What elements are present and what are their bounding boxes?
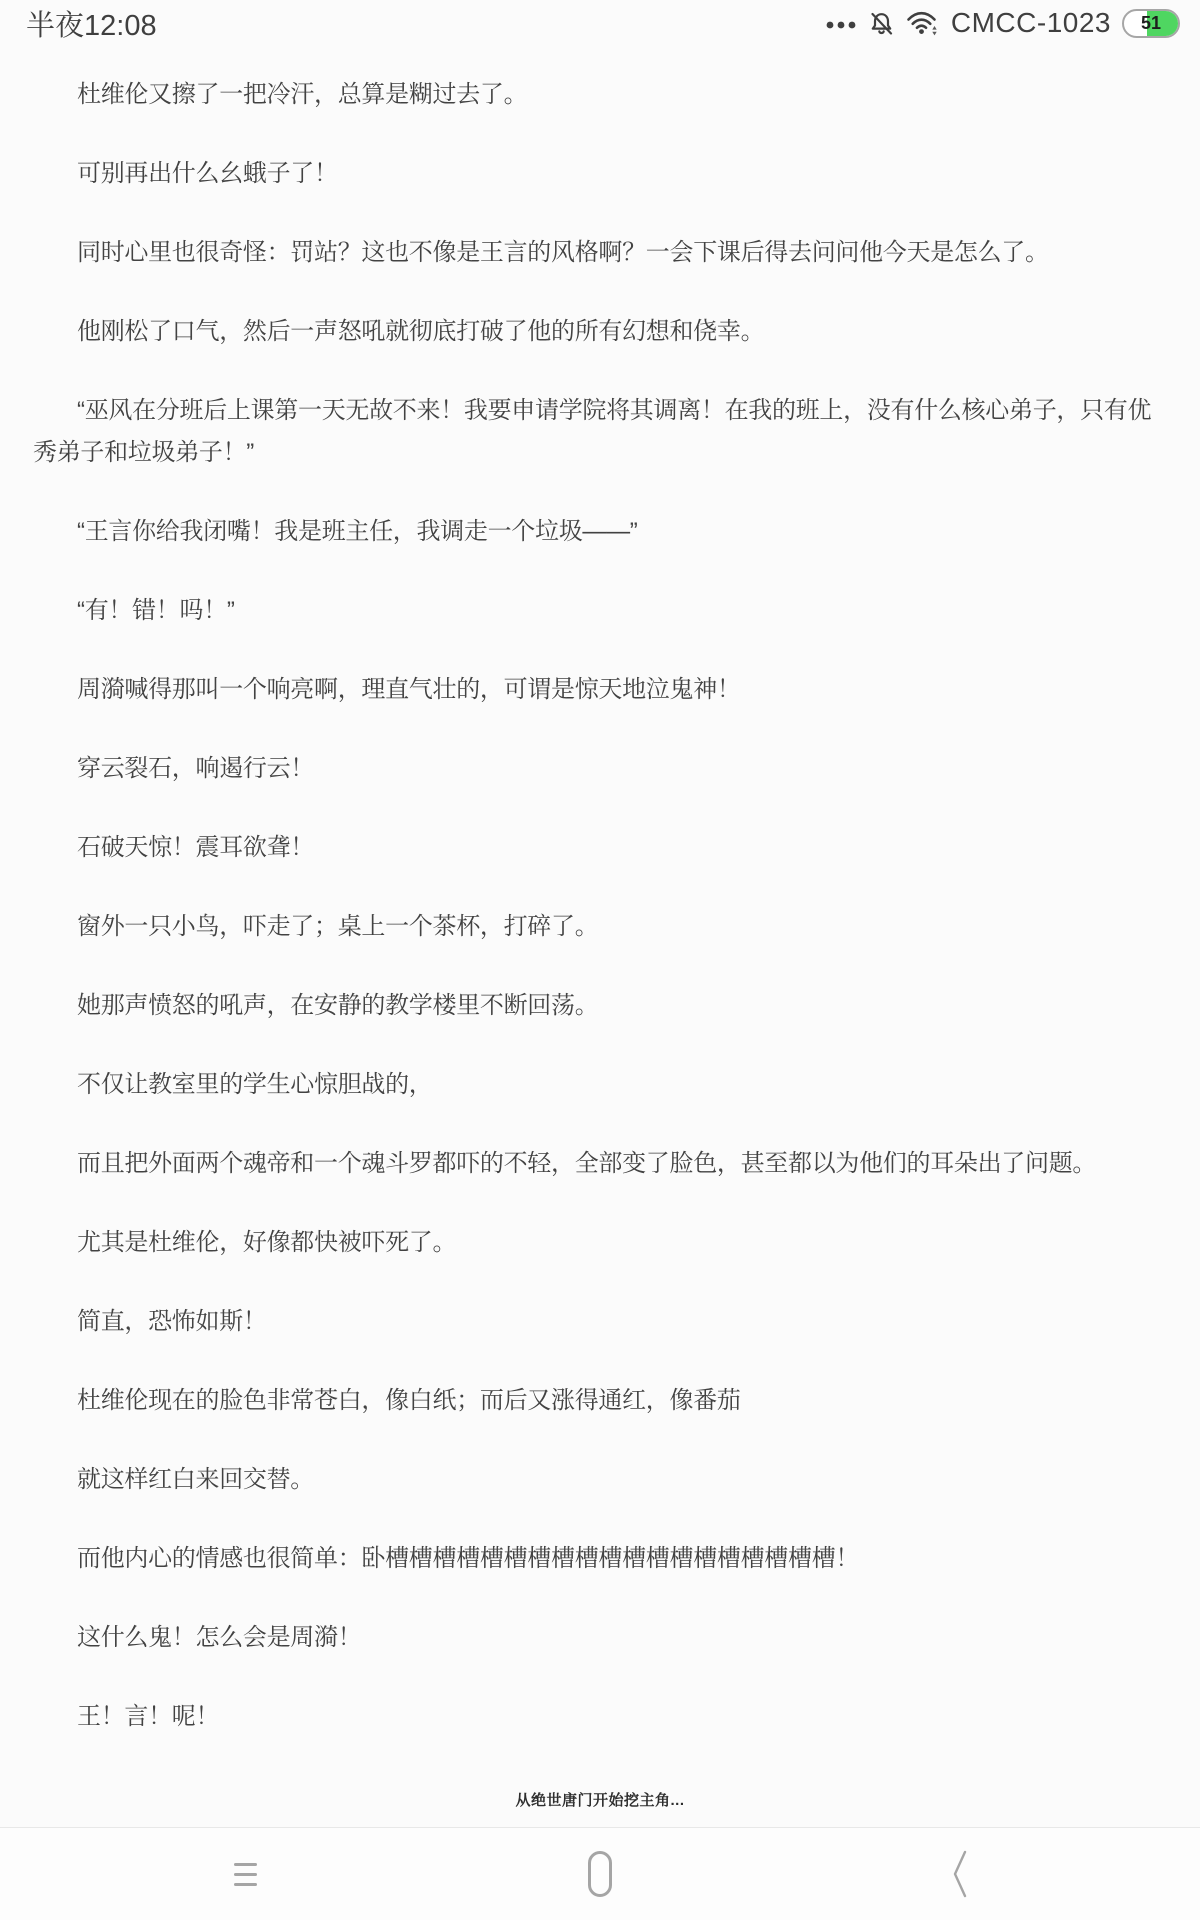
paragraph: “有！错！吗！” xyxy=(33,590,1167,632)
paragraph-line: 而且把外面两个魂帝和一个魂斗罗都吓的不轻，全部变了脸色，甚至都以为他们的耳朵出了… xyxy=(33,1143,1167,1185)
paragraph-line: 秀弟子和垃圾弟子！” xyxy=(33,432,1167,474)
battery-level: 51 xyxy=(1124,11,1178,36)
nav-bar xyxy=(0,1827,1200,1920)
paragraph-line: 她那声愤怒的吼声，在安静的教学楼里不断回荡。 xyxy=(33,985,1167,1027)
home-button[interactable] xyxy=(540,1828,660,1920)
home-icon xyxy=(588,1851,612,1897)
paragraph-line: “有！错！吗！” xyxy=(33,590,1167,632)
paragraph-line: 他刚松了口气，然后一声怒吼就彻底打破了他的所有幻想和侥幸。 xyxy=(33,311,1167,353)
paragraph: “巫风在分班后上课第一天无故不来！我要申请学院将其调离！在我的班上，没有什么核心… xyxy=(33,390,1167,474)
paragraph: 不仅让教室里的学生心惊胆战的， xyxy=(33,1064,1167,1106)
bell-muted-icon xyxy=(868,10,895,37)
paragraph: 石破天惊！震耳欲聋！ xyxy=(33,827,1167,869)
paragraph: 窗外一只小鸟，吓走了；桌上一个茶杯，打碎了。 xyxy=(33,906,1167,948)
paragraph: “王言你给我闭嘴！我是班主任，我调走一个垃圾——” xyxy=(33,511,1167,553)
paragraph: 她那声愤怒的吼声，在安静的教学楼里不断回荡。 xyxy=(33,985,1167,1027)
phone-screen: 半夜12:08 xyxy=(0,0,1200,1920)
paragraph: 而且把外面两个魂帝和一个魂斗罗都吓的不轻，全部变了脸色，甚至都以为他们的耳朵出了… xyxy=(33,1143,1167,1185)
more-dots-icon xyxy=(825,17,857,29)
paragraph: 同时心里也很奇怪：罚站？这也不像是王言的风格啊？一会下课后得去问问他今天是怎么了… xyxy=(33,232,1167,274)
paragraph-line: 周漪喊得那叫一个响亮啊，理直气壮的，可谓是惊天地泣鬼神！ xyxy=(33,669,1167,711)
paragraph-line: 这什么鬼！怎么会是周漪！ xyxy=(33,1617,1167,1659)
paragraph-line: “巫风在分班后上课第一天无故不来！我要申请学院将其调离！在我的班上，没有什么核心… xyxy=(33,390,1167,432)
paragraph-line: 就这样红白来回交替。 xyxy=(33,1459,1167,1501)
reader-content: 杜维伦又擦了一把冷汗，总算是糊过去了。可别再出什么幺蛾子了！同时心里也很奇怪：罚… xyxy=(0,44,1200,1738)
book-title: 从绝世唐门开始挖主角... xyxy=(515,1789,684,1810)
paragraph: 杜维伦现在的脸色非常苍白，像白纸；而后又涨得通红，像番茄 xyxy=(33,1380,1167,1422)
wifi-icon xyxy=(906,10,940,37)
paragraph: 尤其是杜维伦，好像都快被吓死了。 xyxy=(33,1222,1167,1264)
paragraph-line: 杜维伦又擦了一把冷汗，总算是糊过去了。 xyxy=(33,74,1167,116)
battery-indicator: 51 xyxy=(1122,9,1180,38)
paragraph: 简直，恐怖如斯！ xyxy=(33,1301,1167,1343)
carrier-label: CMCC-1023 xyxy=(951,7,1111,39)
back-icon xyxy=(950,1847,970,1901)
paragraph-line: 不仅让教室里的学生心惊胆战的， xyxy=(33,1064,1167,1106)
paragraph-line: 杜维伦现在的脸色非常苍白，像白纸；而后又涨得通红，像番茄 xyxy=(33,1380,1167,1422)
paragraph-line: 穿云裂石，响遏行云！ xyxy=(33,748,1167,790)
status-icons: CMCC-1023 51 xyxy=(825,7,1180,39)
footer-bar[interactable]: 从绝世唐门开始挖主角... xyxy=(0,1772,1200,1827)
paragraph-line: 王！言！呢！ xyxy=(33,1696,1167,1738)
paragraph-line: 石破天惊！震耳欲聋！ xyxy=(33,827,1167,869)
paragraph-line: “王言你给我闭嘴！我是班主任，我调走一个垃圾——” xyxy=(33,511,1167,553)
paragraph: 可别再出什么幺蛾子了！ xyxy=(33,153,1167,195)
paragraph: 就这样红白来回交替。 xyxy=(33,1459,1167,1501)
paragraph-line: 而他内心的情感也很简单：卧槽槽槽槽槽槽槽槽槽槽槽槽槽槽槽槽槽槽槽！ xyxy=(33,1538,1167,1580)
paragraph-line: 窗外一只小鸟，吓走了；桌上一个茶杯，打碎了。 xyxy=(33,906,1167,948)
menu-icon xyxy=(234,1863,257,1886)
paragraph: 杜维伦又擦了一把冷汗，总算是糊过去了。 xyxy=(33,74,1167,116)
paragraph-line: 简直，恐怖如斯！ xyxy=(33,1301,1167,1343)
paragraph-line: 尤其是杜维伦，好像都快被吓死了。 xyxy=(33,1222,1167,1264)
paragraph: 这什么鬼！怎么会是周漪！ xyxy=(33,1617,1167,1659)
status-bar: 半夜12:08 xyxy=(0,0,1200,44)
menu-button[interactable] xyxy=(185,1828,305,1920)
paragraph: 而他内心的情感也很简单：卧槽槽槽槽槽槽槽槽槽槽槽槽槽槽槽槽槽槽槽！ xyxy=(33,1538,1167,1580)
paragraph: 穿云裂石，响遏行云！ xyxy=(33,748,1167,790)
back-button[interactable] xyxy=(900,1828,1020,1920)
paragraph-line: 同时心里也很奇怪：罚站？这也不像是王言的风格啊？一会下课后得去问问他今天是怎么了… xyxy=(33,232,1167,274)
clock-text: 半夜12:08 xyxy=(26,3,157,44)
paragraph: 周漪喊得那叫一个响亮啊，理直气壮的，可谓是惊天地泣鬼神！ xyxy=(33,669,1167,711)
paragraph: 王！言！呢！ xyxy=(33,1696,1167,1738)
paragraph: 他刚松了口气，然后一声怒吼就彻底打破了他的所有幻想和侥幸。 xyxy=(33,311,1167,353)
paragraph-line: 可别再出什么幺蛾子了！ xyxy=(33,153,1167,195)
